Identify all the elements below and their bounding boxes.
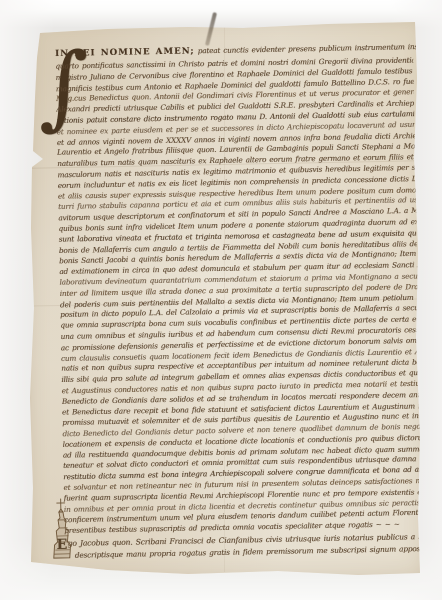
photo-of-manuscript: ∫ IN DEI NOMINE AMEN; pateat cunctis evi…: [0, 0, 442, 600]
notarial-signum-icon: [48, 498, 75, 562]
manuscript-text-block: ∫ IN DEI NOMINE AMEN; pateat cunctis evi…: [55, 41, 423, 561]
manuscript-body: quarto pontificatus sanctissimi in Chris…: [55, 55, 422, 537]
parchment-sheet: ∫ IN DEI NOMINE AMEN; pateat cunctis evi…: [28, 18, 426, 578]
opening-invocation: IN DEI NOMINE AMEN;: [55, 46, 195, 59]
